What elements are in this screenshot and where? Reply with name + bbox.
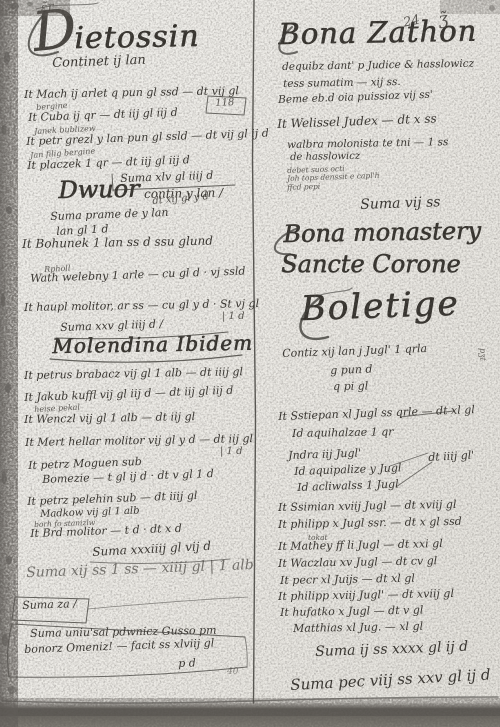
summary-molendina: Suma xxxiiij gl vij d	[92, 540, 211, 558]
entry-waczlau: It Waczlau xv Jugl — dt cv gl	[278, 555, 437, 569]
entry-mathey: It Mathey ff li Jugl — dt xxi gl	[278, 538, 443, 552]
suma-za-rule	[88, 597, 248, 609]
entry-mach: It Mach ij arlet q pun gl ssd — dt vij g…	[24, 85, 239, 100]
note-dt-xij: dt xij gl y d	[152, 192, 209, 207]
line-contin-boletige: Contiz xij lan j Jugl' 1 qrla	[282, 343, 427, 359]
summary-dwuor: Suma xxv gl iiij d /	[60, 318, 163, 333]
entry-bohunek: It Bohunek 1 lan ss d ssu glund	[22, 235, 213, 250]
entry-jakub-kuffl: It Jakub kuffl vij gl iij d — dt iij gl …	[24, 385, 233, 403]
heading-dwuor: Dwuor	[58, 177, 140, 202]
entry-cuba: It Cuba ij qr — dt iij gl iij d	[28, 107, 178, 123]
heading-molendina: Molendina Ibidem	[52, 332, 253, 355]
box-universal-2: bonorz Omeniz! — facit ss xlviij gl	[24, 637, 214, 655]
summary-total-right: Suma pec viij ss xxv gl ij d	[290, 668, 491, 693]
book-bottom-edge-light	[0, 716, 500, 727]
entry-welissel: It Welissel Judex — dt x ss	[277, 112, 437, 130]
heading-dietossin-initial: D	[30, 1, 79, 59]
page-number-40: 40	[227, 668, 238, 677]
universal-box-right	[245, 637, 247, 667]
heading-dietossin: ietossin	[74, 22, 200, 54]
entry-jndra-2: Id aquipalize y Jugl	[294, 462, 402, 477]
entry-jndra-3: Id acliwalss 1 Jugl	[297, 478, 399, 493]
tally-mark: 118	[215, 98, 235, 109]
entry-walbra: walbra molonista te tni — 1 ss	[287, 137, 448, 150]
summary-zathon: Suma vij ss	[360, 195, 441, 212]
margin-note-vertical: pʒt	[478, 348, 486, 361]
note-1d-b: | 1 d	[220, 447, 243, 457]
note-ffcd: ffcd pepi	[287, 183, 320, 192]
note-1d-a: | 1 d	[222, 312, 245, 322]
summary-boletige: Suma ij ss xxxx gl ij d	[315, 640, 468, 659]
universal-box-bottom	[9, 667, 247, 677]
box-universal-3: p d	[178, 657, 196, 669]
entry-ssimian: It Ssimian xviij Jugl — dt xviij gl	[278, 499, 457, 513]
subheading-continet: Continet ij lan	[52, 54, 146, 70]
entry-sstiepan: It Sstiepan xl Jugl ss qrle — dt xl gl	[278, 404, 475, 422]
line-q-pi-gl: q pi gl	[333, 380, 368, 392]
entry-wenczl: It Wenczl vij gl 1 alb — dt iij gl	[24, 411, 195, 425]
line-g-pun-d: g pun d	[330, 364, 373, 376]
entry-pecr: It pecr xl Juijs — dt xl gl	[280, 573, 415, 586]
heading-boletige: Boletige	[300, 286, 460, 326]
entry-matthias: Matthias xl Jug. — xl gl	[293, 621, 423, 634]
heading-bona-monastery: Bona monastery	[283, 219, 481, 246]
note-joh: Joh tops denssit e capl'h	[287, 172, 380, 183]
entry-hufatko: It hufatko x Jugl — dt v gl	[280, 604, 423, 617]
line-beme: Beme eb.d oia puissioz vij ss'	[278, 90, 433, 106]
box-suma-za: Suma za /	[22, 598, 77, 611]
note-dt-iiij-gl: dt iiij gl'	[428, 450, 475, 463]
entry-petrz-moguen: It petrz Moguen sub	[28, 456, 142, 471]
book-bottom-edge	[0, 703, 500, 716]
book-left-edge	[0, 0, 15, 727]
line-dequibz: dequibz dant' p Judice & hasslowicz	[282, 59, 474, 73]
entry-philipp-1: It philipp x Jugl ssr. — dt x gl ssd	[278, 516, 462, 530]
entry-jndra: Jndra iij Jugl'	[288, 447, 361, 461]
line-tess-sumatim: tess sumatim — xij ss.	[283, 77, 401, 90]
entry-petrus-brabacz: It petrus brabacz vij gl 1 alb — dt iiij…	[24, 366, 243, 381]
entry-mert-hellar: It Mert hellar molitor vij gl y d — dt i…	[25, 433, 253, 448]
entry-petrz-pelehin: It petrz pelehin sub — dt iiij gl	[27, 490, 198, 507]
heading-bona-zathon: Bona Zathon	[278, 17, 477, 49]
line-suma-prame: Suma prame de y lan	[50, 207, 169, 222]
heading-sancte-corone: Sancte Corone	[281, 252, 461, 276]
entry-sstiepan-2: Id aquihalzae 1 qr	[292, 426, 394, 439]
manuscript-page: 24 ʒ̃ ɛ̃rDietossinContinet ij lanIt Mach…	[0, 0, 500, 727]
ink-blot	[489, 5, 495, 11]
summary-total-left: Suma xij ss 1 ss — xiiij gl | 1 alb	[26, 558, 254, 580]
brace-jndra-lower	[396, 462, 432, 487]
entry-philipp-2: It philipp xviij Jugl' — dt xviij gl	[278, 588, 454, 602]
line-de-hasslowicz: de hasslowicz	[290, 152, 360, 163]
